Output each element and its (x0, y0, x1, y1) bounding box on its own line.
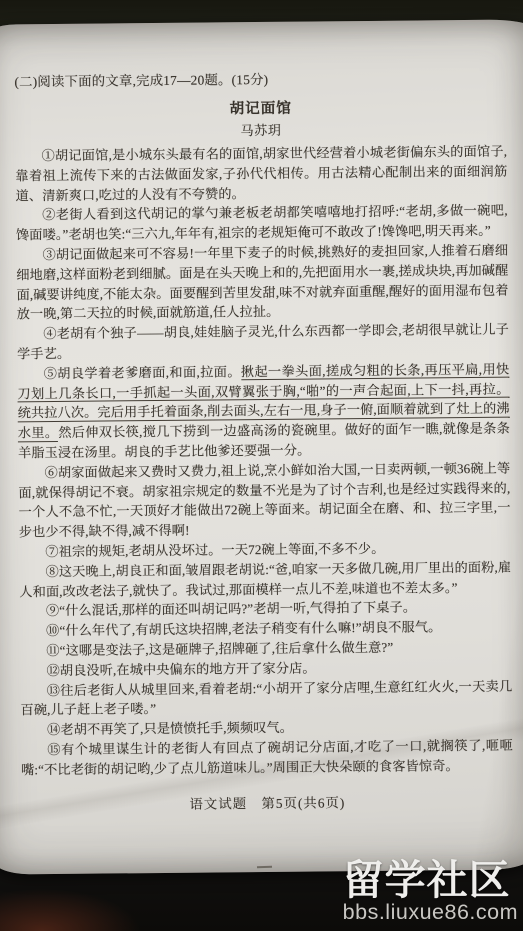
paragraph-text: ⑤胡良学着老爹磨面,和面,拉面。 (44, 364, 241, 381)
paragraph-5: ⑤胡良学着老爹磨面,和面,拉面。揪起一拳头面,搓成匀粗的长条,再压平扁,用快刀划… (17, 359, 510, 463)
paragraph-3: ③胡记面做起来可不容易!一年里下麦子的时候,挑熟好的麦担回家,人推着石磨细细地磨… (16, 241, 509, 325)
page-content: (二)阅读下面的文章,完成17—20题。(15分) 胡记面馆 马苏玥 ①胡记面馆… (14, 68, 513, 814)
paragraph-text: ⑥胡家面做起来又费时又费力,祖上说,烹小鲜如治大国,一日卖两顿,一顿36碗上等面… (18, 460, 510, 539)
paragraph-text: ②老街人看到这代胡记的掌勺兼老板老胡都笑嘻嘻地打招呼:“老胡,多做一碗吧,馋面喽… (16, 203, 508, 243)
passage-author: 马苏玥 (15, 118, 507, 142)
exam-paper: (二)阅读下面的文章,完成17—20题。(15分) 胡记面馆 马苏玥 ①胡记面馆… (0, 19, 523, 874)
paragraph-text: ⑨“什么混话,那样的面还叫胡记吗?”老胡一听,气得拍了下桌子。 (46, 600, 416, 619)
watermark-site-name: 留学社区 (343, 860, 518, 901)
photo-of-exam-page: (二)阅读下面的文章,完成17—20题。(15分) 胡记面馆 马苏玥 ①胡记面馆… (0, 0, 523, 931)
paragraph-13: ⑬往后老街人从城里回来,看着老胡:“小胡开了家分店哩,生意红红火火,一天卖几百碗… (20, 676, 512, 720)
paragraph-6: ⑥胡家面做起来又费时又费力,祖上说,烹小鲜如治大国,一日卖两顿,一顿36碗上等面… (18, 458, 511, 542)
paragraph-text: ⑭老胡不再笑了,只是愤愤托手,频频叹气。 (47, 720, 293, 737)
paragraph-15: ⑮有个城里谋生计的老街人有回点了碗胡记分店面,才吃了一口,就搁筷了,咂咂嘴:“不… (21, 736, 513, 780)
watermark: 留学社区 bbs.liuxue86.com (343, 860, 518, 924)
paragraph-text: ⑮有个城里谋生计的老街人有回点了碗胡记分店面,才吃了一口,就搁筷了,咂咂嘴:“不… (21, 738, 513, 778)
paragraph-4: ④老胡有个独子——胡良,娃娃脑子灵光,什么东西都一学即会,老胡很早就让儿子学手艺… (17, 320, 509, 364)
paragraph-text: ⑫胡良没听,在城中央偏东的地方开了家分店。 (46, 660, 315, 678)
passage-body: ①胡记面馆,是小城东头最有名的面馆,胡家世代经营着小城老街偏东头的面馆子,靠着祖… (15, 142, 513, 780)
paragraph-text: ⑬往后老街人从城里回来,看着老胡:“小胡开了家分店哩,生意红红火火,一天卖几百碗… (20, 678, 512, 718)
paragraph-1: ①胡记面馆,是小城东头最有名的面馆,胡家世代经营着小城老街偏东头的面馆子,靠着祖… (15, 142, 508, 206)
page-footer: 语文试题 第5页(共6页) (21, 790, 513, 814)
paragraph-text: ⑪“这哪是变法子,这是砸牌子,招牌砸了,往后拿什么做生意?” (46, 640, 393, 658)
paragraph-text: ④老胡有个独子——胡良,娃娃脑子灵光,什么东西都一学即会,老胡很早就让儿子学手艺… (17, 322, 509, 362)
paragraph-text: ⑦祖宗的规矩,老胡从没坏过。一天72碗上等面,不多不少。 (45, 541, 384, 559)
paragraph-text: ⑧这天晚上,胡良正和面,皱眉跟老胡说:“爸,咱家一天多做几碗,用厂里出的面粉,雇… (19, 559, 511, 599)
section-header: (二)阅读下面的文章,完成17—20题。(15分) (14, 68, 506, 93)
paragraph-text: 然后伸双长筷,搅几下捞到一边盛高汤的瓷碗里。做好的面乍一瞧,就像是条条羊脂玉浸在… (18, 421, 510, 461)
paragraph-text: ⑩“什么年代了,有胡氏这块招牌,老法子稍变有什么嘛!”胡良不服气。 (46, 619, 441, 638)
watermark-site-url: bbs.liuxue86.com (343, 902, 518, 924)
paragraph-text: ③胡记面做起来可不容易!一年里下麦子的时候,挑熟好的麦担回家,人推着石磨细细地磨… (16, 243, 508, 322)
paragraph-8: ⑧这天晚上,胡良正和面,皱眉跟老胡说:“爸,咱家一天多做几碗,用厂里出的面粉,雇… (19, 557, 511, 601)
passage-title: 胡记面馆 (15, 95, 507, 121)
paragraph-2: ②老街人看到这代胡记的掌勺兼老板老胡都笑嘻嘻地打招呼:“老胡,多做一碗吧,馋面喽… (16, 201, 508, 245)
paragraph-text: ①胡记面馆,是小城东头最有名的面馆,胡家世代经营着小城老街偏东头的面馆子,靠着祖… (15, 144, 507, 203)
